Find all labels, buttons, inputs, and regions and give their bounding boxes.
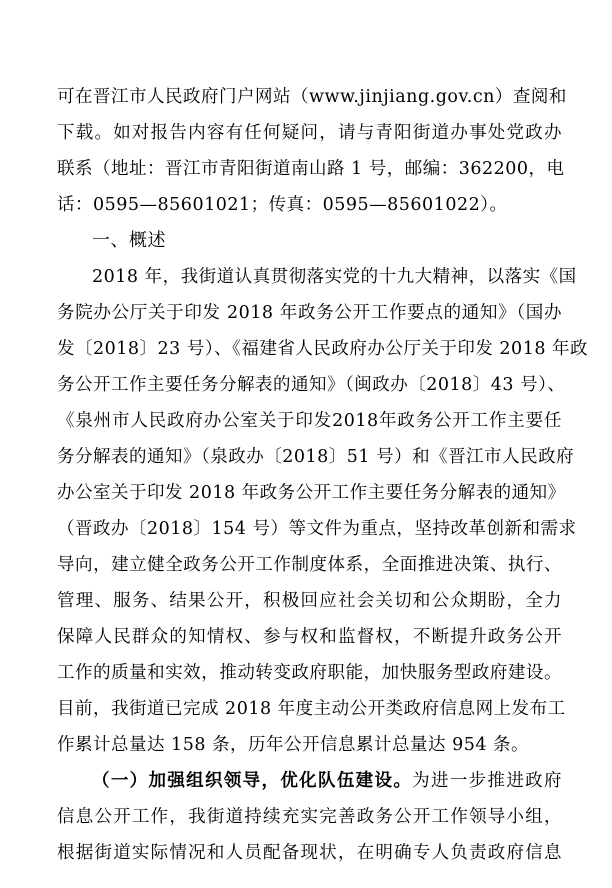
subsection-line-2: 信息公开工作，我街道持续充实完善政务公开工作领导小组， bbox=[57, 799, 562, 835]
overview-line-4: 务公开工作主要任务分解表的通知》（闽政办〔2018〕43 号）、 bbox=[57, 367, 562, 403]
overview-line-13: 目前，我街道已完成 2018 年度主动公开类政府信息网上发布工 bbox=[57, 691, 562, 727]
overview-line-2: 务院办公厅关于印发 2018 年政务公开工作要点的通知》（国办 bbox=[57, 295, 562, 331]
subsection-first-line: （一）加强组织领导，优化队伍建设。为进一步推进政府 bbox=[92, 763, 562, 799]
overview-line-9: 导向，建立健全政务公开工作制度体系，全面推进决策、执行、 bbox=[57, 547, 562, 583]
overview-line-11: 保障人民群众的知情权、参与权和监督权，不断提升政务公开 bbox=[57, 619, 562, 655]
overview-line-1: 2018 年，我街道认真贯彻落实党的十九大精神，以落实《国 bbox=[92, 259, 562, 295]
intro-line-4: 话：0595—85601021；传真：0595—85601022）。 bbox=[57, 187, 562, 223]
document-page: 可在晋江市人民政府门户网站（www.jinjiang.gov.cn）查阅和 下载… bbox=[0, 0, 612, 888]
overview-line-10: 管理、服务、结果公开，积极回应社会关切和公众期盼，全力 bbox=[57, 583, 562, 619]
overview-line-5: 《泉州市人民政府办公室关于印发2018年政务公开工作主要任 bbox=[57, 403, 562, 439]
overview-line-8: （晋政办〔2018〕154 号）等文件为重点，坚持改革创新和需求 bbox=[57, 511, 562, 547]
subsection-text: 为进一步推进政府 bbox=[412, 771, 562, 791]
intro-line-3: 联系（地址：晋江市青阳街道南山路 1 号，邮编：362200，电 bbox=[57, 151, 562, 187]
overview-line-6: 务分解表的通知》（泉政办〔2018〕51 号）和《晋江市人民政府 bbox=[57, 439, 562, 475]
overview-line-3: 发〔2018〕23 号）、《福建省人民政府办公厅关于印发 2018 年政 bbox=[57, 331, 562, 367]
intro-line-1: 可在晋江市人民政府门户网站（www.jinjiang.gov.cn）查阅和 bbox=[57, 79, 562, 115]
subsection-line-3: 根据街道实际情况和人员配备现状，在明确专人负责政府信息 bbox=[57, 835, 562, 871]
subsection-title: （一）加强组织领导，优化队伍建设。 bbox=[92, 771, 412, 791]
overview-line-12: 工作的质量和实效，推动转变政府职能，加快服务型政府建设。 bbox=[57, 655, 562, 691]
overview-line-14: 作累计总量达 158 条，历年公开信息累计总量达 954 条。 bbox=[57, 727, 562, 763]
overview-line-7: 办公室关于印发 2018 年政务公开工作主要任务分解表的通知》 bbox=[57, 475, 562, 511]
intro-line-2: 下载。如对报告内容有任何疑问，请与青阳街道办事处党政办 bbox=[57, 115, 562, 151]
section-heading: 一、概述 bbox=[92, 223, 562, 259]
